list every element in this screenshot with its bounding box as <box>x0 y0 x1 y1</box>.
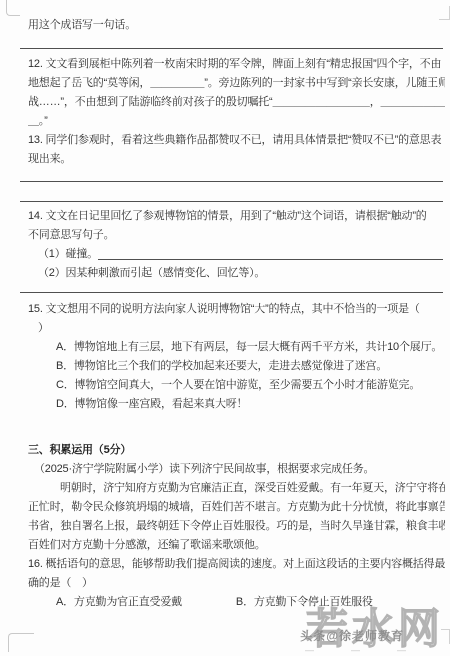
q12-line-3: 战……”，不由想到了陆游临终前对孩子的殷切嘱托“＿＿＿＿＿＿＿＿＿，＿＿＿＿＿＿… <box>28 93 445 112</box>
story-line-4: 百姓们对方克勤十分感激，还编了歌谣来歌颂他。 <box>28 536 445 555</box>
q15-option-c: C．博物馆空间真大，一个人要在馆中游览，至少需要五个小时才能游览完。 <box>28 376 445 395</box>
story-line-3: 书省，独自署名上报，最终朝廷下令停止百姓服役。巧的是，当时久旱逢甘霖，粮食丰收， <box>28 517 445 536</box>
q15-option-b: B．博物馆比三个我们的学校加起来还要大，走进去感觉像进了迷宫。 <box>28 357 445 376</box>
exam-page: 用这个成语写一句话。12. 文文看到展柜中陈列着一枚南宋时期的军令牌，牌面上刻有… <box>0 0 450 656</box>
q12-line-4: ＿。” <box>28 112 445 131</box>
q16-line-1: 16. 概括语句的意思，能够帮助我们提高阅读的速度。对上面这段话的主要内容概括得… <box>28 555 445 574</box>
answer-blank-fill <box>98 259 443 260</box>
spacer <box>28 182 445 201</box>
prev-question-tail: 用这个成语写一句话。 <box>28 16 445 35</box>
q16-line-2: 确的是（ ） <box>28 574 445 593</box>
spacer <box>28 35 445 48</box>
document-body: 用这个成语写一句话。12. 文文看到展柜中陈列着一枚南宋时期的军令牌，牌面上刻有… <box>28 16 445 612</box>
q15-option-d: D．博物馆像一座宫殿，看起来真大呀！ <box>28 395 445 414</box>
q15-line-1: 15. 文文想用不同的说明方法向家人说明博物馆“大”的特点，其中不恰当的一项是（ <box>28 300 445 319</box>
section-heading: 三、积累运用（5分） <box>28 441 445 460</box>
q14-item-1: （1）碰撞。 <box>28 245 445 264</box>
q15-option-a: A．博物馆地上有三层，地下有两层，每一层大概有两千平方米，共计10个展厅。 <box>28 338 445 357</box>
q12-line-2: 地想起了岳飞的“莫等闲，＿＿＿＿＿”。旁边陈列的一封家书中写到“亲长安康，儿随王… <box>28 74 445 93</box>
corner-mark-top-left <box>6 0 20 16</box>
spacer <box>28 169 445 181</box>
section-source: （2025·济宁学院附属小学）读下列济宁民间故事，根据要求完成任务。 <box>28 460 445 479</box>
q14-line-1: 14. 文文在日记里回忆了参观博物馆的情景，用到了“触动”这个词语，请根据“触动… <box>28 207 445 226</box>
corner-mark-top-right <box>439 6 450 20</box>
q15-line-2: ） <box>28 319 445 338</box>
story-line-1: 明朝时，济宁知府方克勤为官廉洁正直，深受百姓爱戴。有一年夏天，济宁守将在农事 <box>28 479 445 498</box>
corner-mark-bottom-left <box>8 633 34 652</box>
q14-item-2: （2）因某种刺激而引起（感情变化、回忆等）。 <box>28 264 445 283</box>
spacer <box>28 293 445 300</box>
spacer <box>28 283 445 292</box>
q13-line-1: 13. 同学们参观时，看着这些典籍作品都赞叹不已，请用具体情景把“赞叹不已”的意… <box>28 131 445 150</box>
q13-line-2: 现出来。 <box>28 150 445 169</box>
spacer <box>28 414 445 441</box>
q14-line-2: 不同意思写句子。 <box>28 226 445 245</box>
q12-line-1: 12. 文文看到展柜中陈列着一枚南宋时期的军令牌，牌面上刻有“精忠报国”四个字，… <box>28 55 445 74</box>
story-line-2: 正忙时，勒令民众修筑坍塌的城墙，百姓们苦不堪言。方克勤为此十分忧愤，将此事禀告中 <box>28 498 445 517</box>
watermark-small: 头条@徐老师教育 <box>300 627 404 644</box>
